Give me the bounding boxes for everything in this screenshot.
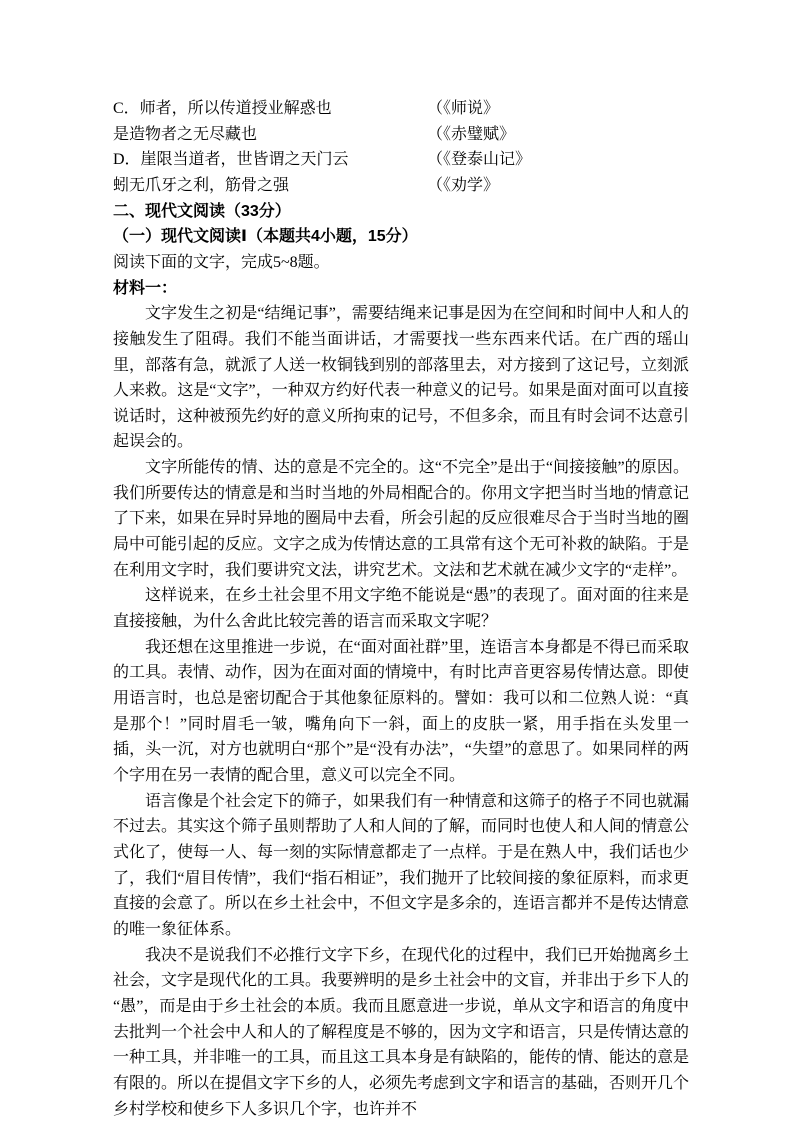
material-paragraph: 文字所能传的情、达的意是不完全的。这“不完全”是出于“间接接触”的原因。我们所要… — [113, 455, 689, 583]
material-one-text: 文字发生之初是“结绳记事”，需要结绳来记事是因为在空间和时间中人和人的接触发生了… — [113, 301, 689, 1122]
page-content: C．师者，所以传道授业解惑也 （《师说》 是造物者之无尽藏也 （《赤璧赋》 D．… — [113, 96, 689, 1122]
option-source-title: （《劝学》 — [427, 173, 499, 199]
option-text: 蚓无爪牙之利，筋骨之强 — [113, 177, 289, 194]
option-row: D．崖限当道者，世皆谓之天门云 （《登泰山记》 — [113, 147, 689, 173]
material-paragraph: 我决不是说我们不必推行文字下乡，在现代化的过程中，我们已开始抛离乡土社会，文字是… — [113, 943, 689, 1123]
reading-instruction: 阅读下面的文字，完成5~8题。 — [113, 250, 689, 276]
option-text: 是造物者之无尽藏也 — [113, 126, 257, 143]
material-paragraph: 我还想在这里推进一步说，在“面对面社群”里，连语言本身都是不得已而采取的工具。表… — [113, 635, 689, 789]
option-row: 蚓无爪牙之利，筋骨之强 （《劝学》 — [113, 173, 689, 199]
option-row: C．师者，所以传道授业解惑也 （《师说》 — [113, 96, 689, 122]
option-source-title: （《登泰山记》 — [427, 147, 531, 173]
option-row: 是造物者之无尽藏也 （《赤璧赋》 — [113, 122, 689, 148]
option-source-title: （《赤璧赋》 — [427, 122, 515, 148]
section-heading: 二、现代文阅读（33分） — [113, 199, 689, 225]
option-source-title: （《师说》 — [427, 96, 499, 122]
options-block: C．师者，所以传道授业解惑也 （《师说》 是造物者之无尽藏也 （《赤璧赋》 D．… — [113, 96, 689, 199]
material-paragraph: 文字发生之初是“结绳记事”，需要结绳来记事是因为在空间和时间中人和人的接触发生了… — [113, 301, 689, 455]
exam-page: C．师者，所以传道授业解惑也 （《师说》 是造物者之无尽藏也 （《赤璧赋》 D．… — [0, 0, 794, 1123]
section-subheading: （一）现代文阅读Ⅰ（本题共4小题，15分） — [113, 224, 689, 250]
material-one-label: 材料一： — [113, 276, 689, 302]
material-paragraph: 语言像是个社会定下的筛子，如果我们有一种情意和这筛子的格子不同也就漏不过去。其实… — [113, 789, 689, 943]
material-paragraph: 这样说来，在乡土社会里不用文字绝不能说是“愚”的表现了。面对面的往来是直接接触，… — [113, 583, 689, 634]
option-text: C．师者，所以传道授业解惑也 — [113, 100, 332, 117]
option-text: D．崖限当道者，世皆谓之天门云 — [113, 151, 349, 168]
